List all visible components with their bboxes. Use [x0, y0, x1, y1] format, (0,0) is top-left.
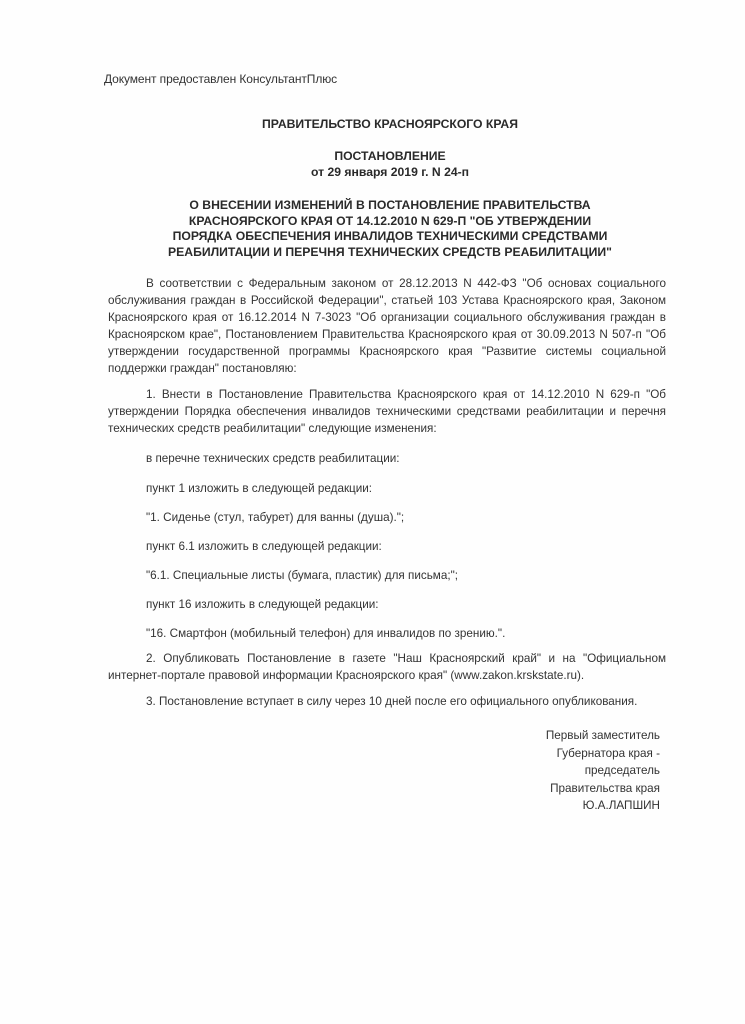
item-2-paragraph: 2. Опубликовать Постановление в газете "… [108, 650, 666, 684]
signature-line: Правительства края [546, 780, 660, 798]
title-line: РЕАБИЛИТАЦИИ И ПЕРЕЧНЯ ТЕХНИЧЕСКИХ СРЕДС… [100, 245, 680, 261]
sub-line: пункт 1 изложить в следующей редакции: [146, 482, 372, 495]
document-title: О ВНЕСЕНИИ ИЗМЕНЕНИЙ В ПОСТАНОВЛЕНИЕ ПРА… [100, 198, 680, 260]
document-type: ПОСТАНОВЛЕНИЕ [100, 149, 680, 163]
signature-block: Первый заместитель Губернатора края - пр… [546, 727, 660, 815]
provider-note: Документ предоставлен КонсультантПлюс [104, 72, 337, 86]
signature-line: председатель [546, 762, 660, 780]
sub-line: в перечне технических средств реабилитац… [146, 452, 400, 465]
preamble-paragraph: В соответствии с Федеральным законом от … [108, 275, 666, 377]
title-line: ПОРЯДКА ОБЕСПЕЧЕНИЯ ИНВАЛИДОВ ТЕХНИЧЕСКИ… [100, 229, 680, 245]
sub-line: "16. Смартфон (мобильный телефон) для ин… [146, 627, 505, 640]
document-date: от 29 января 2019 г. N 24-п [100, 165, 680, 179]
sub-line: "1. Сиденье (стул, табурет) для ванны (д… [146, 511, 404, 524]
sub-line: "6.1. Специальные листы (бумага, пластик… [146, 569, 458, 582]
signatory-name: Ю.А.ЛАПШИН [546, 797, 660, 815]
title-line: О ВНЕСЕНИИ ИЗМЕНЕНИЙ В ПОСТАНОВЛЕНИЕ ПРА… [100, 198, 680, 214]
title-line: КРАСНОЯРСКОГО КРАЯ ОТ 14.12.2010 N 629-П… [100, 214, 680, 230]
signature-line: Губернатора края - [546, 745, 660, 763]
document-page: Документ предоставлен КонсультантПлюс ПР… [0, 0, 745, 1024]
item-3-paragraph: 3. Постановление вступает в силу через 1… [146, 695, 637, 708]
government-name: ПРАВИТЕЛЬСТВО КРАСНОЯРСКОГО КРАЯ [100, 117, 680, 131]
item-1-paragraph: 1. Внести в Постановление Правительства … [108, 386, 666, 437]
signature-line: Первый заместитель [546, 727, 660, 745]
sub-line: пункт 6.1 изложить в следующей редакции: [146, 540, 382, 553]
sub-line: пункт 16 изложить в следующей редакции: [146, 598, 379, 611]
